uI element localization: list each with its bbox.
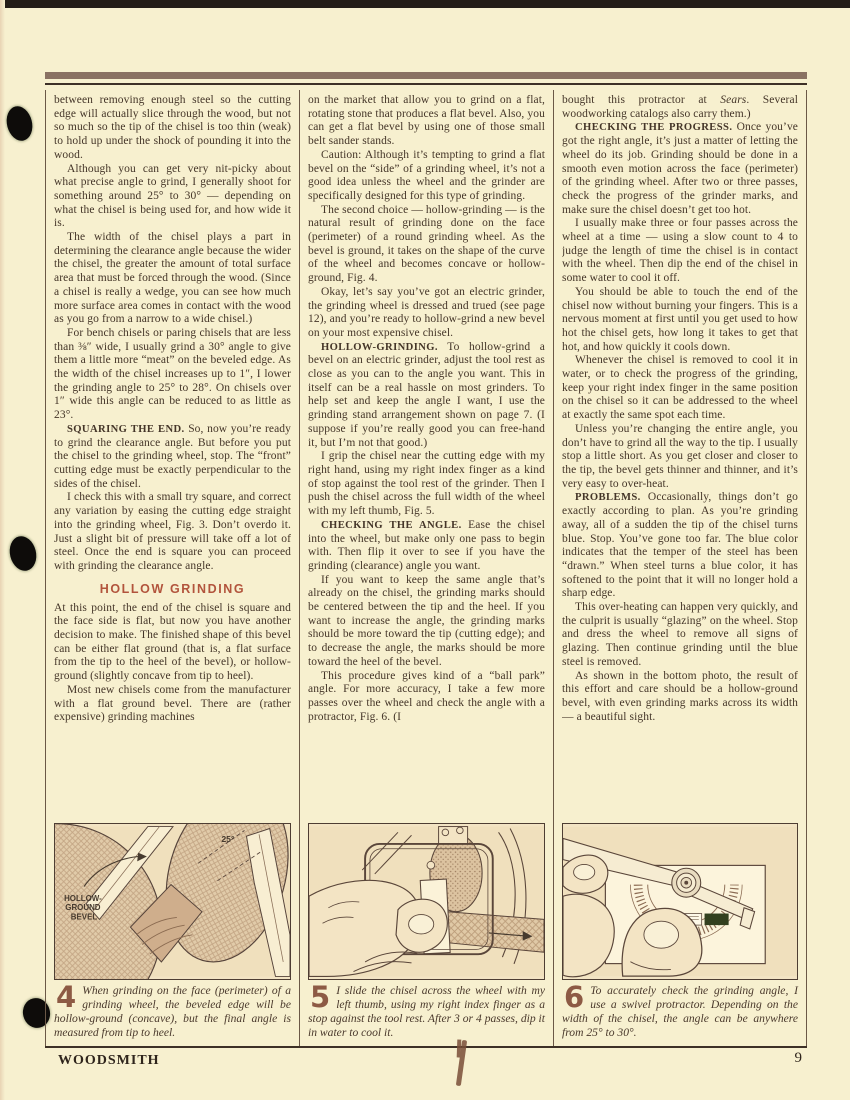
article-columns: between removing enough steel so the cut… — [45, 90, 807, 1046]
column-2-text: on the market that allow you to grind on… — [308, 94, 545, 823]
text-segment: To hollow-grind a bevel on an electric g… — [308, 341, 545, 449]
text-segment: Caution: Although it’s tempting to grind… — [308, 149, 545, 202]
run-in-head: PROBLEMS. — [575, 492, 641, 503]
figure-4-label-line2: GROUND — [65, 903, 100, 912]
header-rule-thick — [45, 72, 807, 79]
paragraph: If you want to keep the same angle that’… — [308, 574, 545, 670]
figure-5-illustration — [308, 823, 545, 980]
figure-6-caption-text: To accurately check the grinding angle, … — [562, 984, 798, 1039]
figure-4-label-line3: BEVEL — [71, 912, 98, 921]
text-segment: For bench chisels or paring chisels that… — [54, 327, 291, 421]
section-heading: HOLLOW GRINDING — [54, 582, 291, 596]
figure-5-number: 5 — [310, 985, 330, 1010]
scan-artifact — [456, 1040, 467, 1086]
figure-4-illustration: HOLLOW- GROUND BEVEL 25° — [54, 823, 291, 980]
run-in-head: SQUARING THE END. — [67, 424, 185, 435]
text-segment: I check this with a small try square, an… — [54, 491, 291, 572]
run-in-head: CHECKING THE ANGLE. — [321, 520, 462, 531]
hand-sliding-chisel-diagram — [309, 824, 544, 979]
paragraph: Most new chisels come from the manufactu… — [54, 684, 291, 725]
footer-rule — [45, 1046, 807, 1048]
figure-5-caption-text: I slide the chisel across the wheel with… — [308, 984, 545, 1039]
text-segment: At this point, the end of the chisel is … — [54, 602, 291, 683]
figure-4-number: 4 — [56, 985, 76, 1010]
figure-4: HOLLOW- GROUND BEVEL 25° 4 When grinding… — [54, 823, 291, 1046]
figure-5-caption: 5 I slide the chisel across the wheel wi… — [308, 984, 545, 1044]
paragraph: I usually make three or four passes acro… — [562, 217, 798, 286]
text-segment: This over-heating can happen very quickl… — [562, 601, 798, 668]
paragraph: on the market that allow you to grind on… — [308, 94, 545, 149]
page-number: 9 — [795, 1050, 803, 1067]
paragraph: bought this protractor at Sears. Several… — [562, 94, 798, 121]
paragraph: The width of the chisel plays a part in … — [54, 231, 291, 327]
grinding-wheel-bevel-diagram: HOLLOW- GROUND BEVEL 25° — [55, 824, 290, 979]
text-segment: Occasionally, things don’t go exactly ac… — [562, 491, 798, 599]
figure-6-number: 6 — [564, 985, 584, 1010]
paragraph: Although you can get very nit-picky abou… — [54, 163, 291, 232]
paragraph: At this point, the end of the chisel is … — [54, 602, 291, 684]
figure-4-caption: 4 When grinding on the face (perimeter) … — [54, 984, 291, 1044]
text-segment: bought this protractor at — [562, 94, 720, 106]
paragraph: Unless you’re changing the entire angle,… — [562, 423, 798, 492]
text-segment: between removing enough steel so the cut… — [54, 94, 291, 161]
paragraph: Okay, let’s say you’ve got an electric g… — [308, 286, 545, 341]
punch-hole — [6, 533, 40, 573]
figure-4-angle-label: 25° — [221, 834, 235, 844]
paragraph: I check this with a small try square, an… — [54, 491, 291, 573]
paragraph: This procedure gives kind of a “ball par… — [308, 670, 545, 725]
text-segment: I grip the chisel near the cutting edge … — [308, 450, 545, 517]
run-in-head: HOLLOW-GRINDING. — [321, 342, 438, 353]
text-segment: The width of the chisel plays a part in … — [54, 231, 291, 325]
text-segment: You should be able to touch the end of t… — [562, 286, 798, 353]
text-segment: Whenever the chisel is removed to cool i… — [562, 354, 798, 421]
paragraph: I grip the chisel near the cutting edge … — [308, 450, 545, 519]
text-segment: I usually make three or four passes acro… — [562, 217, 798, 284]
figure-4-label-line1: HOLLOW- — [64, 894, 102, 903]
paragraph: This over-heating can happen very quickl… — [562, 601, 798, 670]
text-segment: Okay, let’s say you’ve got an electric g… — [308, 286, 545, 339]
paragraph: Whenever the chisel is removed to cool i… — [562, 354, 798, 423]
figure-4-caption-text: When grinding on the face (perimeter) of… — [54, 984, 291, 1039]
text-segment: Sears — [720, 94, 746, 106]
text-segment: on the market that allow you to grind on… — [308, 94, 545, 147]
text-segment: As shown in the bottom photo, the result… — [562, 670, 798, 723]
paragraph: For bench chisels or paring chisels that… — [54, 327, 291, 423]
text-segment: If you want to keep the same angle that’… — [308, 574, 545, 668]
punch-hole — [3, 103, 36, 143]
text-segment: Although you can get very nit-picky abou… — [54, 163, 291, 230]
paragraph: PROBLEMS. Occasionally, things don’t go … — [562, 491, 798, 601]
paragraph: The second choice — hollow-grinding — is… — [308, 204, 545, 286]
figure-6: 6 To accurately check the grinding angle… — [562, 823, 798, 1046]
magazine-title: WOODSMITH — [58, 1053, 160, 1069]
text-segment: Most new chisels come from the manufactu… — [54, 684, 291, 723]
scan-edge-top — [0, 0, 850, 8]
figure-6-illustration — [562, 823, 798, 980]
scan-edge-left — [0, 0, 5, 1100]
column-1-text: between removing enough steel so the cut… — [54, 94, 291, 823]
paragraph: SQUARING THE END. So, now you’re ready t… — [54, 423, 291, 492]
paragraph: HOLLOW-GRINDING. To hollow-grind a bevel… — [308, 341, 545, 451]
figure-6-caption: 6 To accurately check the grinding angle… — [562, 984, 798, 1044]
column-3-text: bought this protractor at Sears. Several… — [562, 94, 798, 823]
column-2: on the market that allow you to grind on… — [299, 90, 553, 1046]
text-segment: The second choice — hollow-grinding — is… — [308, 204, 545, 285]
text-segment: Once you’ve got the right angle, it’s ju… — [562, 121, 798, 215]
paragraph: Caution: Although it’s tempting to grind… — [308, 149, 545, 204]
figure-5: 5 I slide the chisel across the wheel wi… — [308, 823, 545, 1046]
header-rule-thin — [45, 83, 807, 85]
paragraph: CHECKING THE PROGRESS. Once you’ve got t… — [562, 121, 798, 217]
text-segment: This procedure gives kind of a “ball par… — [308, 670, 545, 723]
paragraph: You should be able to touch the end of t… — [562, 286, 798, 355]
column-3: bought this protractor at Sears. Several… — [553, 90, 807, 1046]
column-1: between removing enough steel so the cut… — [45, 90, 299, 1046]
text-segment: Unless you’re changing the entire angle,… — [562, 423, 798, 490]
paragraph: As shown in the bottom photo, the result… — [562, 670, 798, 725]
swivel-protractor-diagram — [563, 824, 797, 979]
run-in-head: CHECKING THE PROGRESS. — [575, 122, 732, 133]
paragraph: between removing enough steel so the cut… — [54, 94, 291, 163]
paragraph: CHECKING THE ANGLE. Ease the chisel into… — [308, 519, 545, 574]
